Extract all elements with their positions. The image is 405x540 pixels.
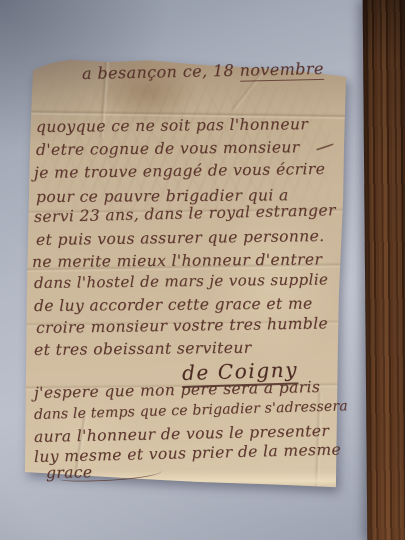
photograph: a besançon ce, 18 novembre quoyque ce ne… (0, 0, 405, 540)
photo-vignette (0, 0, 405, 540)
